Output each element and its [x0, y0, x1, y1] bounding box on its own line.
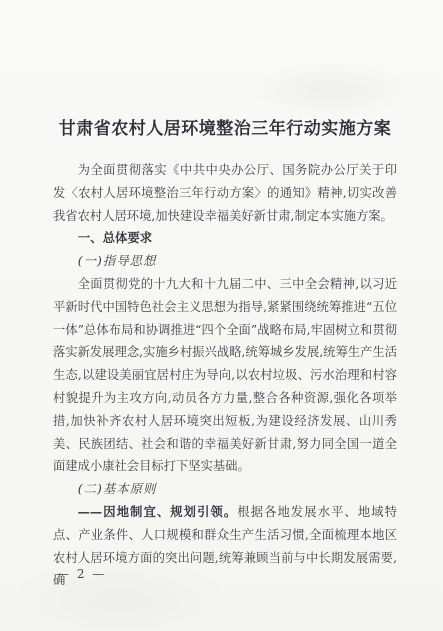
document-page: 甘肃省农村人居环境整治三年行动实施方案 为全面贯彻落实《中共中央办公厅、国务院办… [0, 0, 443, 631]
paragraph-guiding-ideology: 全面贯彻党的十九大和十九届二中、三中全会精神,以习近平新时代中国特色社会主义思想… [53, 273, 397, 478]
document-content: 甘肃省农村人居环境整治三年行动实施方案 为全面贯彻落实《中共中央办公厅、国务院办… [53, 119, 397, 592]
document-title: 甘肃省农村人居环境整治三年行动实施方案 [53, 119, 397, 139]
subsection-heading-guiding-ideology: (一)指导思想 [53, 250, 397, 273]
paragraph-preamble: 为全面贯彻落实《中共中央办公厅、国务院办公厅关于印发〈农村人居环境整治三年行动方… [53, 159, 397, 227]
principle-lead-text: ——因地制宜、规划引领。 [78, 504, 238, 519]
page-number: — 2 — [57, 566, 106, 582]
section-heading-overall-requirements: 一、总体要求 [53, 227, 397, 250]
subsection-heading-basic-principles: (二)基本原则 [53, 478, 397, 501]
